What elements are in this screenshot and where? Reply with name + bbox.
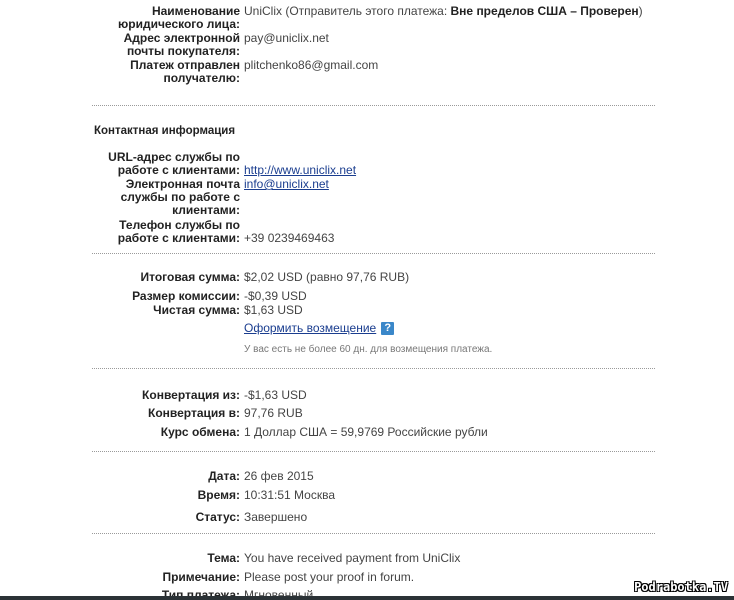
support-email-link[interactable]: info@uniclix.net — [244, 177, 329, 191]
total-value: $2,02 USD (равно 97,76 RUB) — [244, 271, 409, 284]
exchange-rate-value: 1 Доллар США = 59,9769 Российские рубли — [244, 426, 488, 439]
buyer-email-value: pay@uniclix.net — [244, 32, 329, 58]
legal-name-text: UniClix (Отправитель этого платежа: — [244, 4, 451, 18]
net-value: $1,63 USD — [244, 304, 303, 317]
divider — [92, 253, 655, 254]
total-row: Итоговая сумма: $2,02 USD (равно 97,76 R… — [92, 271, 652, 284]
help-icon[interactable]: ? — [381, 322, 394, 335]
divider — [92, 105, 655, 106]
refund-link[interactable]: Оформить возмещение — [244, 321, 376, 335]
divider — [92, 451, 655, 452]
note-value: Please post your proof in forum. — [244, 571, 414, 584]
watermark: Podrabotka.TV — [634, 580, 728, 594]
time-row: Время: 10:31:51 Москва — [92, 489, 652, 502]
conversion-to-row: Конвертация в: 97,76 RUB — [92, 407, 652, 420]
support-email-row: Электронная почта службы по работе с кли… — [92, 178, 652, 217]
recipient-row: Платеж отправлен получателю: plitchenko8… — [92, 59, 652, 85]
legal-name-label: Наименование юридического лица: — [92, 5, 244, 31]
note-label: Примечание: — [92, 571, 244, 584]
legal-name-suffix: ) — [639, 4, 643, 18]
subject-row: Тема: You have received payment from Uni… — [92, 552, 652, 565]
support-phone-value: +39 0239469463 — [244, 219, 334, 245]
conversion-from-value: -$1,63 USD — [244, 389, 307, 402]
support-url-row: URL-адрес службы по работе с клиентами: … — [92, 151, 652, 177]
total-label: Итоговая сумма: — [92, 271, 244, 284]
fee-label: Размер комиссии: — [92, 290, 244, 303]
support-email-label: Электронная почта службы по работе с кли… — [92, 178, 244, 217]
subject-label: Тема: — [92, 552, 244, 565]
bottom-bar — [0, 596, 734, 600]
support-phone-row: Телефон службы по работе с клиентами: +3… — [92, 219, 652, 245]
net-row: Чистая сумма: $1,63 USD — [92, 304, 652, 317]
date-label: Дата: — [92, 470, 244, 483]
time-value: 10:31:51 Москва — [244, 489, 335, 502]
status-value: Завершено — [244, 511, 307, 524]
date-value: 26 фев 2015 — [244, 470, 314, 483]
recipient-value: plitchenko86@gmail.com — [244, 59, 378, 85]
divider — [92, 533, 655, 534]
buyer-email-label: Адрес электронной почты покупателя: — [92, 32, 244, 58]
note-row: Примечание: Please post your proof in fo… — [92, 571, 652, 584]
legal-name-value: UniClix (Отправитель этого платежа: Вне … — [244, 5, 643, 31]
buyer-email-row: Адрес электронной почты покупателя: pay@… — [92, 32, 652, 58]
sender-verification-status: Вне пределов США – Проверен — [451, 4, 639, 18]
subject-value: You have received payment from UniClix — [244, 552, 460, 565]
refund-note: У вас есть не более 60 дн. для возмещени… — [244, 344, 492, 355]
fee-row: Размер комиссии: -$0,39 USD — [92, 290, 652, 303]
exchange-rate-row: Курс обмена: 1 Доллар США = 59,9769 Росс… — [92, 426, 652, 439]
conversion-to-value: 97,76 RUB — [244, 407, 303, 420]
conversion-from-label: Конвертация из: — [92, 389, 244, 402]
status-row: Статус: Завершено — [92, 511, 652, 524]
legal-name-row: Наименование юридического лица: UniClix … — [92, 5, 652, 31]
support-phone-label: Телефон службы по работе с клиентами: — [92, 219, 244, 245]
divider — [92, 368, 655, 369]
exchange-rate-label: Курс обмена: — [92, 426, 244, 439]
status-label: Статус: — [92, 511, 244, 524]
support-url-label: URL-адрес службы по работе с клиентами: — [92, 151, 244, 177]
refund-row: Оформить возмещение? — [92, 322, 652, 335]
fee-value: -$0,39 USD — [244, 290, 307, 303]
support-url-link[interactable]: http://www.uniclix.net — [244, 163, 356, 177]
date-row: Дата: 26 фев 2015 — [92, 470, 652, 483]
recipient-label: Платеж отправлен получателю: — [92, 59, 244, 85]
time-label: Время: — [92, 489, 244, 502]
net-label: Чистая сумма: — [92, 304, 244, 317]
contact-section-title: Контактная информация — [94, 125, 235, 137]
conversion-to-label: Конвертация в: — [92, 407, 244, 420]
conversion-from-row: Конвертация из: -$1,63 USD — [92, 389, 652, 402]
